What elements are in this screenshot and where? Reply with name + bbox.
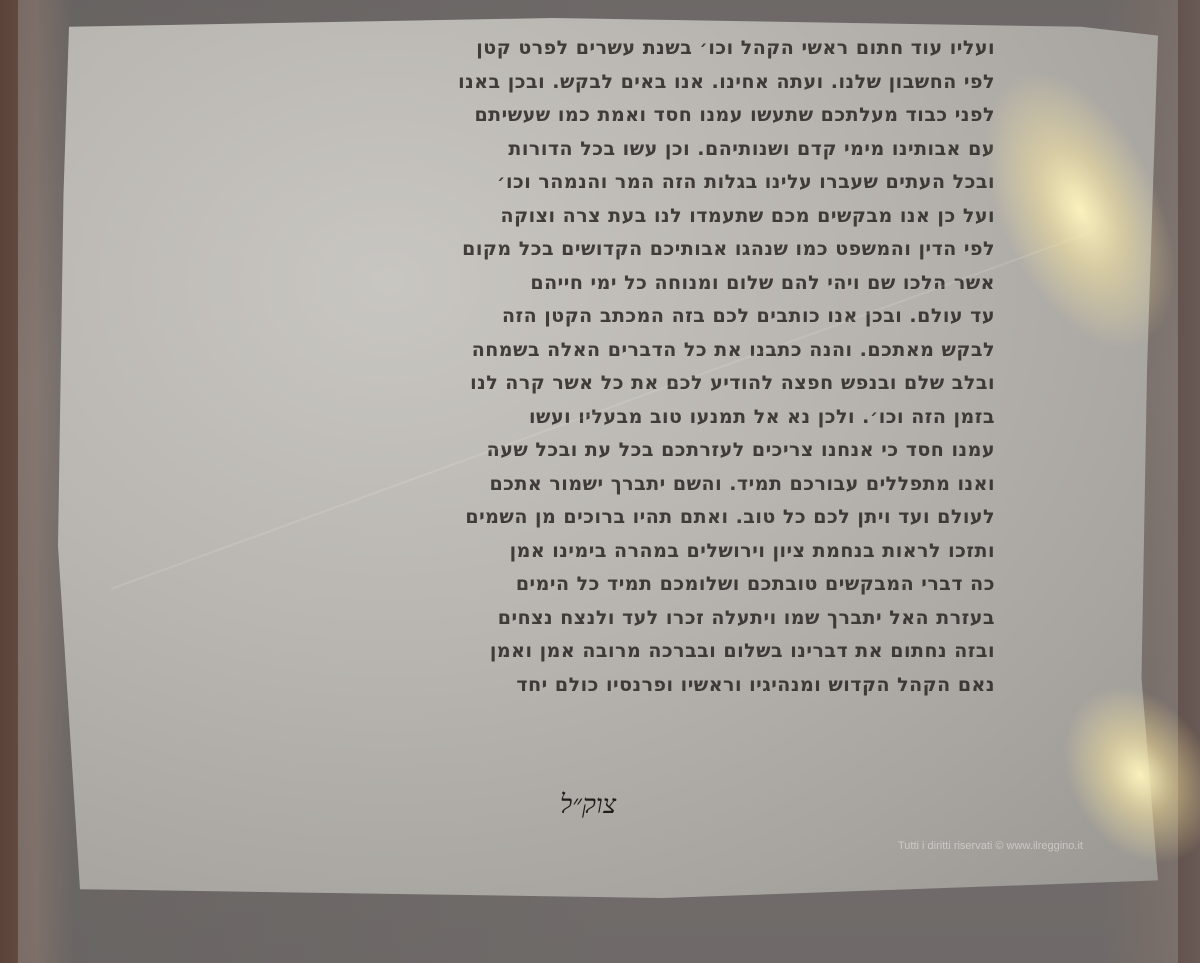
text-line: ותזכו לראות בנחמת ציון וירושלים במהרה בי… — [165, 535, 995, 569]
text-line: ובלב שלם ובנפש חפצה להודיע לכם את כל אשר… — [165, 367, 995, 401]
text-line: ובכל העתים שעברו עלינו בגלות הזה המר והנ… — [165, 166, 995, 200]
text-line: לפי החשבון שלנו. ועתה אחינו. אנו באים לב… — [165, 66, 995, 100]
text-line: ובזה נחתום את דברינו בשלום ובברכה מרובה … — [165, 635, 995, 669]
signature: צוק״ל — [560, 790, 616, 820]
text-line: עמנו חסד כי אנחנו צריכים לעזרתכם בכל עת … — [165, 434, 995, 468]
text-line: בעזרת האל יתברך שמו ויתעלה זכרו לעד ולנצ… — [165, 602, 995, 636]
text-line: לבקש מאתכם. והנה כתבנו את כל הדברים האלה… — [165, 334, 995, 368]
text-line: אשר הלכו שם ויהי להם שלום ומנוחה כל ימי … — [165, 267, 995, 301]
watermark: Tutti i diritti riservati © www.ilreggin… — [898, 840, 1083, 852]
text-line: עם אבותינו מימי קדם ושנותיהם. וכן עשו בכ… — [165, 133, 995, 167]
text-line: ואנו מתפללים עבורכם תמיד. והשם יתברך ישמ… — [165, 468, 995, 502]
text-line — [165, 736, 995, 770]
text-line — [165, 702, 995, 736]
text-line: עד עולם. ובכן אנו כותבים לכם בזה המכתב ה… — [165, 300, 995, 334]
text-line: לעולם ועד ויתן לכם כל טוב. ואתם תהיו ברו… — [165, 501, 995, 535]
text-line: כה דברי המבקשים טובתכם ושלומכם תמיד כל ה… — [165, 568, 995, 602]
text-line: לפי הדין והמשפט כמו שנהגו אבותיכם הקדושי… — [165, 233, 995, 267]
text-line: לפני כבוד מעלתכם שתעשו עמנו חסד ואמת כמו… — [165, 99, 995, 133]
text-line: ועל כן אנו מבקשים מכם שתעמדו לנו בעת צרה… — [165, 200, 995, 234]
text-line: נאם הקהל הקדוש ומנהיגיו וראשיו ופרנסיו כ… — [165, 669, 995, 703]
manuscript-text: ועליו עוד חתום ראשי הקהל וכו׳ בשנת עשרים… — [165, 32, 995, 769]
text-line: ועליו עוד חתום ראשי הקהל וכו׳ בשנת עשרים… — [165, 32, 995, 66]
